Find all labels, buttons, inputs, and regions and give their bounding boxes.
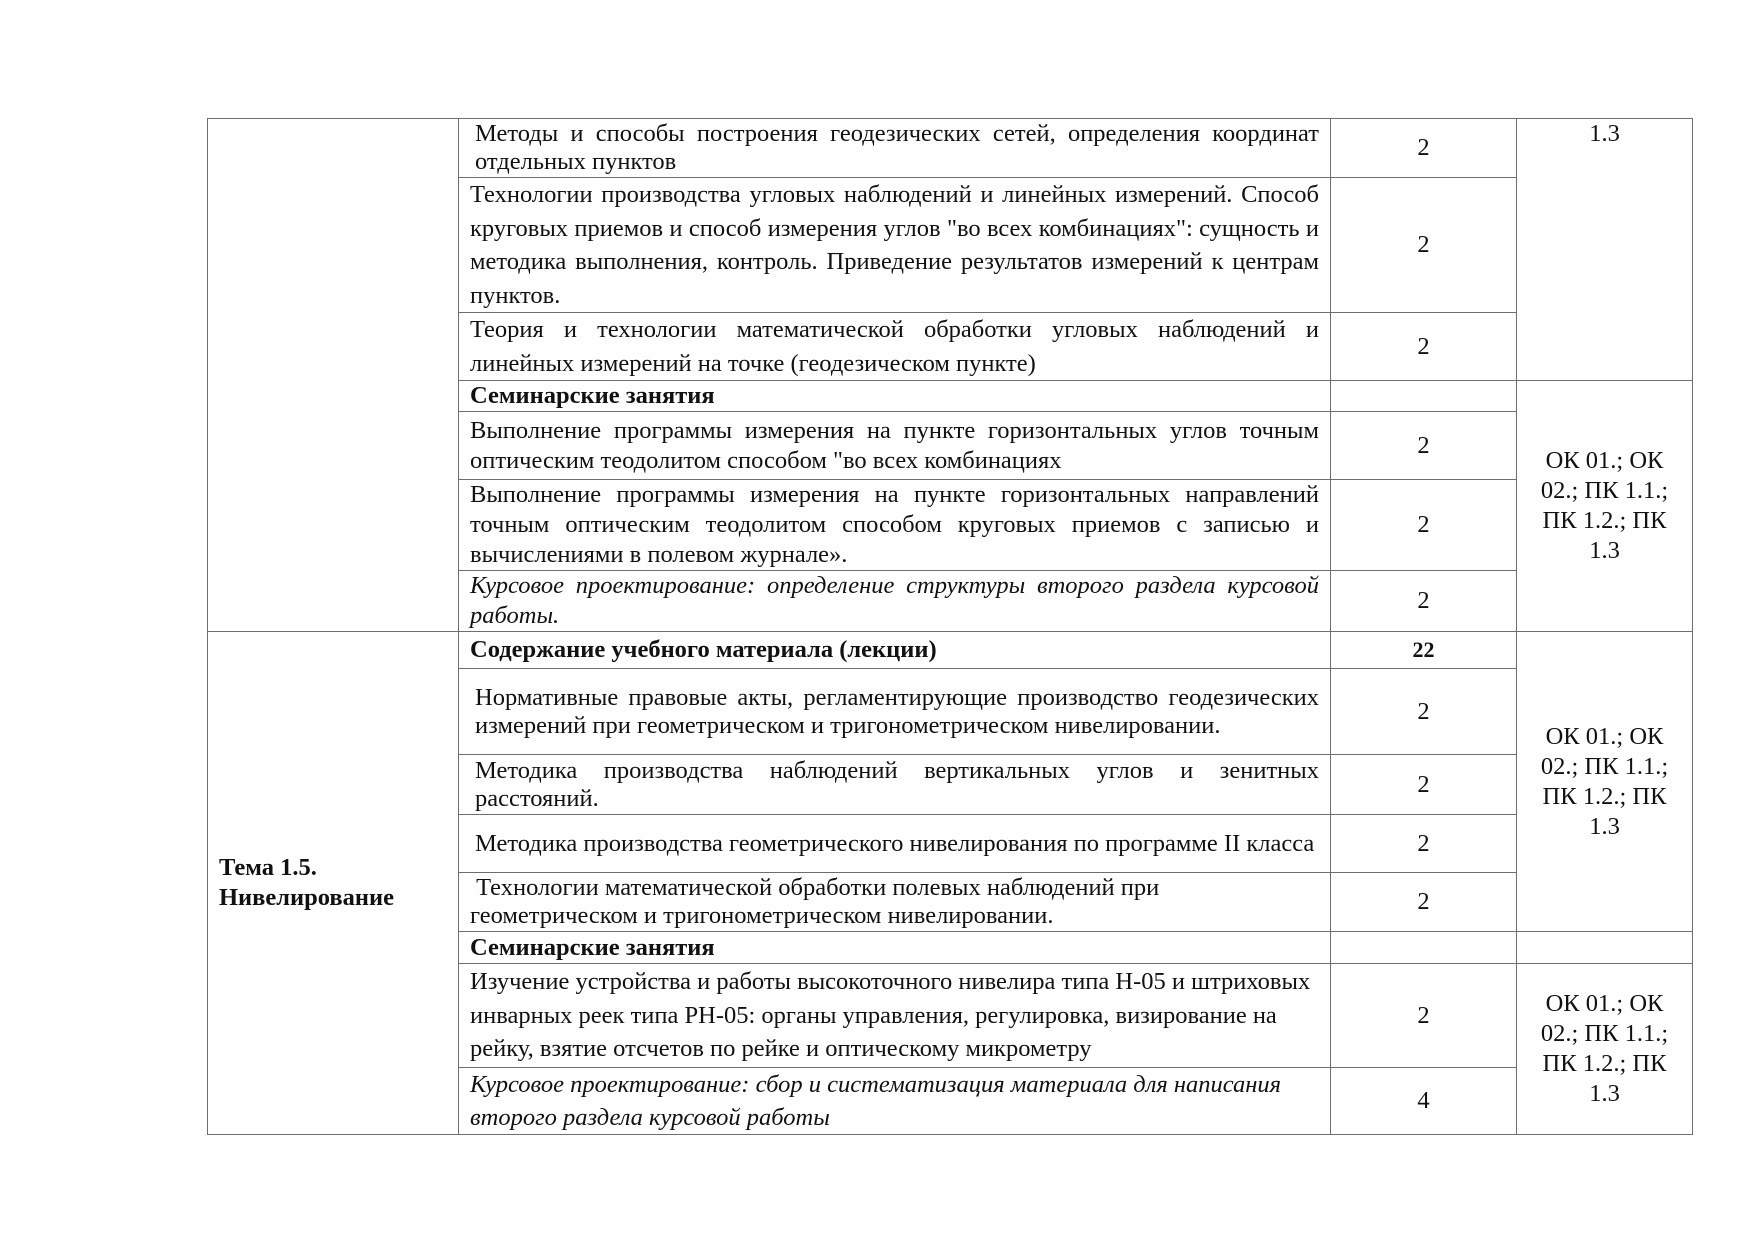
course-project-cell: Курсовое проектирование: сбор и системат… xyxy=(459,1068,1331,1135)
hours-cell: 2 xyxy=(1331,815,1517,873)
competence-cell: ОК 01.; ОК 02.; ПК 1.1.; ПК 1.2.; ПК 1.3 xyxy=(1517,381,1693,632)
lecture-header-row: Тема 1.5. Нивелирование Содержание учебн… xyxy=(208,632,1693,669)
lecture-header: Содержание учебного материала (лекции) xyxy=(459,632,1331,669)
hours-cell: 2 xyxy=(1331,480,1517,571)
hours-cell: 2 xyxy=(1331,873,1517,932)
competence-cell: ОК 01.; ОК 02.; ПК 1.1.; ПК 1.2.; ПК 1.3 xyxy=(1517,632,1693,932)
content-cell: Выполнение программы измерения на пункте… xyxy=(459,412,1331,480)
hours-cell: 4 xyxy=(1331,1068,1517,1135)
seminar-header: Семинарские занятия xyxy=(459,932,1331,964)
content-cell: Выполнение программы измерения на пункте… xyxy=(459,480,1331,571)
course-project-cell: Курсовое проектирование: определение стр… xyxy=(459,571,1331,632)
hours-cell: 2 xyxy=(1331,964,1517,1068)
table-row: Методы и способы построения геодезически… xyxy=(208,119,1693,178)
hours-cell-empty xyxy=(1331,932,1517,964)
hours-cell: 2 xyxy=(1331,412,1517,480)
competence-cell: 1.3 xyxy=(1517,119,1693,381)
content-cell: Методы и способы построения геодезически… xyxy=(459,119,1331,178)
topic-title: Нивелирование xyxy=(219,883,447,913)
content-cell: Методика производства геометрического ни… xyxy=(459,815,1331,873)
competence-cell: ОК 01.; ОК 02.; ПК 1.1.; ПК 1.2.; ПК 1.3 xyxy=(1517,964,1693,1135)
topic-number: Тема 1.5. xyxy=(219,853,447,883)
content-cell: Теория и технологии математической обраб… xyxy=(459,313,1331,381)
content-cell: Нормативные правовые акты, регламентирую… xyxy=(459,669,1331,755)
topic-cell-continued xyxy=(208,119,459,632)
curriculum-table: Методы и способы построения геодезически… xyxy=(207,118,1693,1135)
competence-cell-empty xyxy=(1517,932,1693,964)
hours-cell: 2 xyxy=(1331,119,1517,178)
lecture-hours-total: 22 xyxy=(1331,632,1517,669)
topic-cell: Тема 1.5. Нивелирование xyxy=(208,632,459,1135)
seminar-header: Семинарские занятия xyxy=(459,381,1331,412)
content-cell: Технологии математической обработки поле… xyxy=(459,873,1331,932)
hours-cell: 2 xyxy=(1331,669,1517,755)
content-cell: Изучение устройства и работы высокоточно… xyxy=(459,964,1331,1068)
hours-cell-empty xyxy=(1331,381,1517,412)
hours-cell: 2 xyxy=(1331,755,1517,815)
hours-cell: 2 xyxy=(1331,178,1517,313)
hours-cell: 2 xyxy=(1331,313,1517,381)
hours-cell: 2 xyxy=(1331,571,1517,632)
content-cell: Методика производства наблюдений вертика… xyxy=(459,755,1331,815)
content-cell: Технологии производства угловых наблюден… xyxy=(459,178,1331,313)
